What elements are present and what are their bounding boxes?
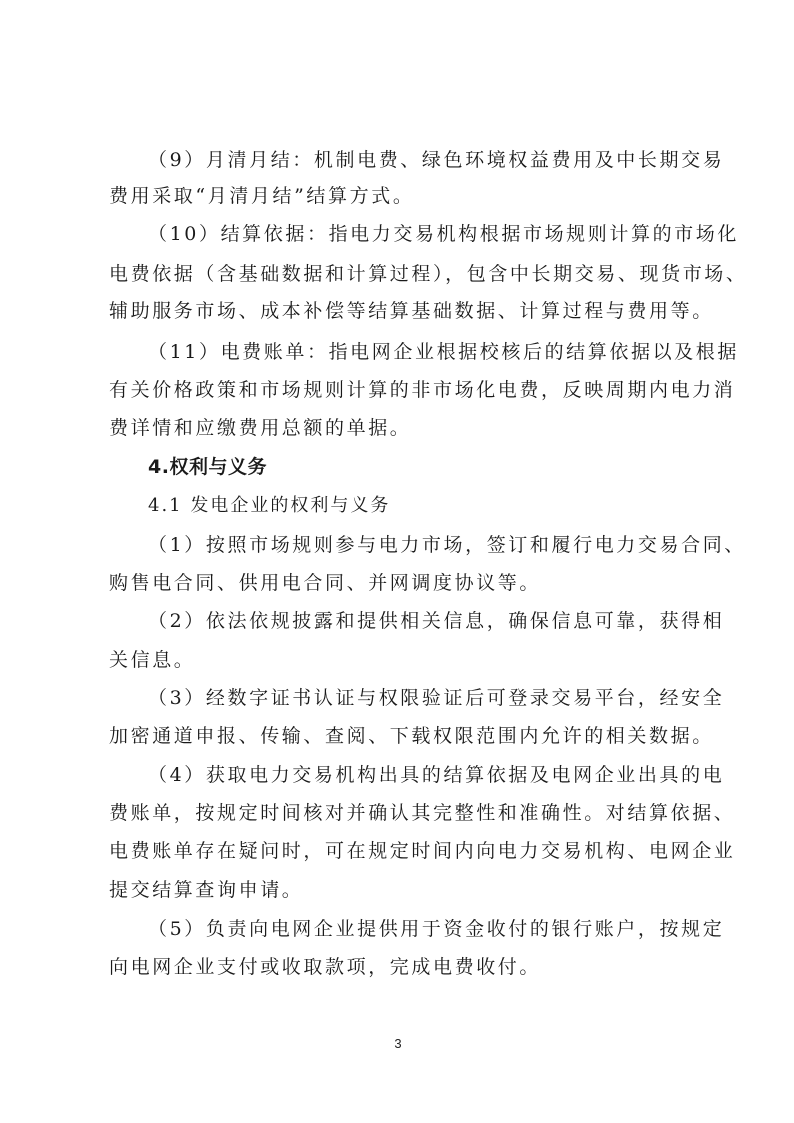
text-line: （10）结算依据：指电力交易机构根据市场规则计算的市场化	[148, 222, 689, 246]
text-line: 辅助服务市场、成本补偿等结算基础数据、计算过程与费用等。	[109, 299, 689, 323]
text-line: （4）获取电力交易机构出具的结算依据及电网企业出具的电	[148, 763, 689, 787]
section-heading: 4.权利与义务	[148, 455, 267, 479]
text-line: （9）月清月结：机制电费、绿色环境权益费用及中长期交易	[148, 148, 689, 172]
text-line: 关信息。	[109, 648, 689, 672]
text-line: （2）依法依规披露和提供相关信息，确保信息可靠，获得相	[148, 609, 689, 633]
text-line: （11）电费账单：指电网企业根据校核后的结算依据以及根据	[148, 340, 689, 364]
page-number: 3	[390, 1036, 406, 1051]
document-page: （9）月清月结：机制电费、绿色环境权益费用及中长期交易 费用采取“月清月结”结算…	[0, 0, 794, 1123]
text-line: 费账单，按规定时间核对并确认其完整性和准确性。对结算依据、	[109, 801, 689, 825]
text-line: 费用采取“月清月结”结算方式。	[109, 184, 689, 208]
text-line: 向电网企业支付或收取款项，完成电费收付。	[109, 955, 689, 979]
text-line: 电费依据（含基础数据和计算过程），包含中长期交易、现货市场、	[109, 262, 689, 286]
text-line: （1）按照市场规则参与电力市场，签订和履行电力交易合同、	[148, 533, 689, 557]
text-line: 加密通道申报、传输、查阅、下载权限范围内允许的相关数据。	[109, 724, 689, 748]
text-line: 有关价格政策和市场规则计算的非市场化电费，反映周期内电力消	[109, 378, 689, 402]
text-line: （5）负责向电网企业提供用于资金收付的银行账户，按规定	[148, 917, 689, 941]
text-line: 购售电合同、供用电合同、并网调度协议等。	[109, 571, 689, 595]
text-line: 电费账单存在疑问时，可在规定时间内向电力交易机构、电网企业	[109, 839, 689, 863]
text-line: 提交结算查询申请。	[109, 878, 689, 902]
subsection-heading: 4.1 发电企业的权利与义务	[148, 494, 390, 518]
text-line: 费详情和应缴费用总额的单据。	[109, 416, 689, 440]
text-line: （3）经数字证书认证与权限验证后可登录交易平台，经安全	[148, 686, 689, 710]
